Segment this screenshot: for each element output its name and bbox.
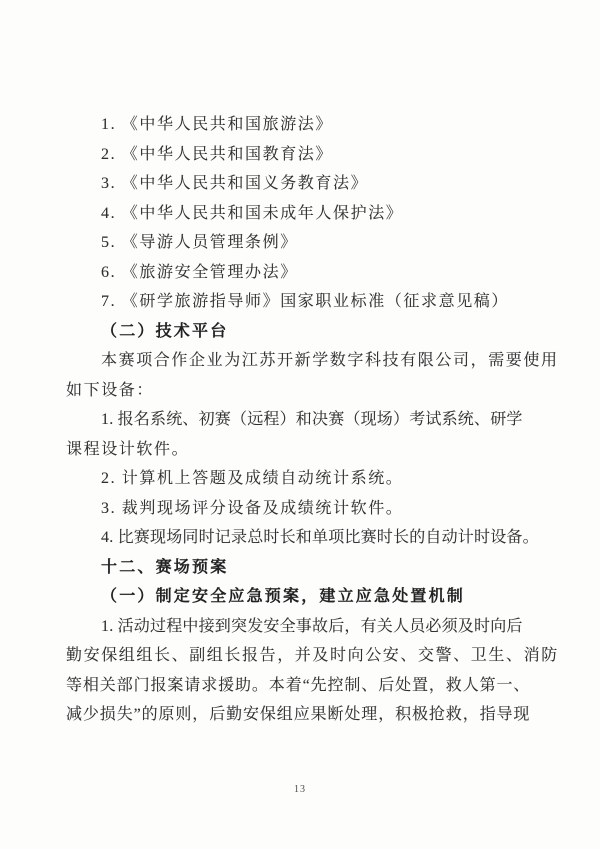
law-list-item-6: 6. 《旅游安全管理办法》 bbox=[66, 258, 544, 288]
law-list-item-5: 5. 《导游人员管理条例》 bbox=[66, 228, 544, 258]
section-heading-venue-contingency: 十二、赛场预案 bbox=[66, 553, 544, 583]
subsection-heading-tech-platform: （二）技术平台 bbox=[66, 317, 544, 347]
paragraph-line-equipment-intro: 如下设备： bbox=[66, 376, 544, 406]
law-list-item-1: 1. 《中华人民共和国旅游法》 bbox=[66, 110, 544, 140]
equipment-list-item-1: 1. 报名系统、初赛（远程）和决赛（现场）考试系统、研学 bbox=[66, 405, 544, 435]
law-list-item-4: 4. 《中华人民共和国未成年人保护法》 bbox=[66, 199, 544, 229]
paragraph-line-emergency-2: 勤安保组组长、副组长报告，并及时向公安、交警、卫生、消防 bbox=[66, 641, 544, 671]
scanned-document-page: 1. 《中华人民共和国旅游法》 2. 《中华人民共和国教育法》 3. 《中华人民… bbox=[0, 0, 600, 849]
equipment-list-item-3: 3. 裁判现场评分设备及成绩统计软件。 bbox=[66, 494, 544, 524]
subsection-heading-emergency-plan: （一）制定安全应急预案，建立应急处置机制 bbox=[66, 582, 544, 612]
document-body: 1. 《中华人民共和国旅游法》 2. 《中华人民共和国教育法》 3. 《中华人民… bbox=[66, 110, 544, 730]
paragraph-line-emergency-4: 减少损失”的原则，后勤安保组应果断处理，积极抢救，指导现 bbox=[66, 700, 544, 730]
page-number: 13 bbox=[0, 784, 600, 795]
equipment-list-item-2: 2. 计算机上答题及成绩自动统计系统。 bbox=[66, 464, 544, 494]
paragraph-line-emergency-3: 等相关部门报案请求援助。本着“先控制、后处置，救人第一、 bbox=[66, 671, 544, 701]
law-list-item-3: 3. 《中华人民共和国义务教育法》 bbox=[66, 169, 544, 199]
equipment-list-item-4: 4. 比赛现场同时记录总时长和单项比赛时长的自动计时设备。 bbox=[66, 523, 544, 553]
paragraph-line-emergency-1: 1. 活动过程中接到突发安全事故后，有关人员必须及时向后 bbox=[66, 612, 544, 642]
paragraph-line-partner-company: 本赛项合作企业为江苏开新学数字科技有限公司，需要使用 bbox=[66, 346, 544, 376]
law-list-item-7: 7. 《研学旅游指导师》国家职业标准（征求意见稿） bbox=[66, 287, 544, 317]
equipment-list-item-1-continuation: 课程设计软件。 bbox=[66, 435, 544, 465]
law-list-item-2: 2. 《中华人民共和国教育法》 bbox=[66, 140, 544, 170]
